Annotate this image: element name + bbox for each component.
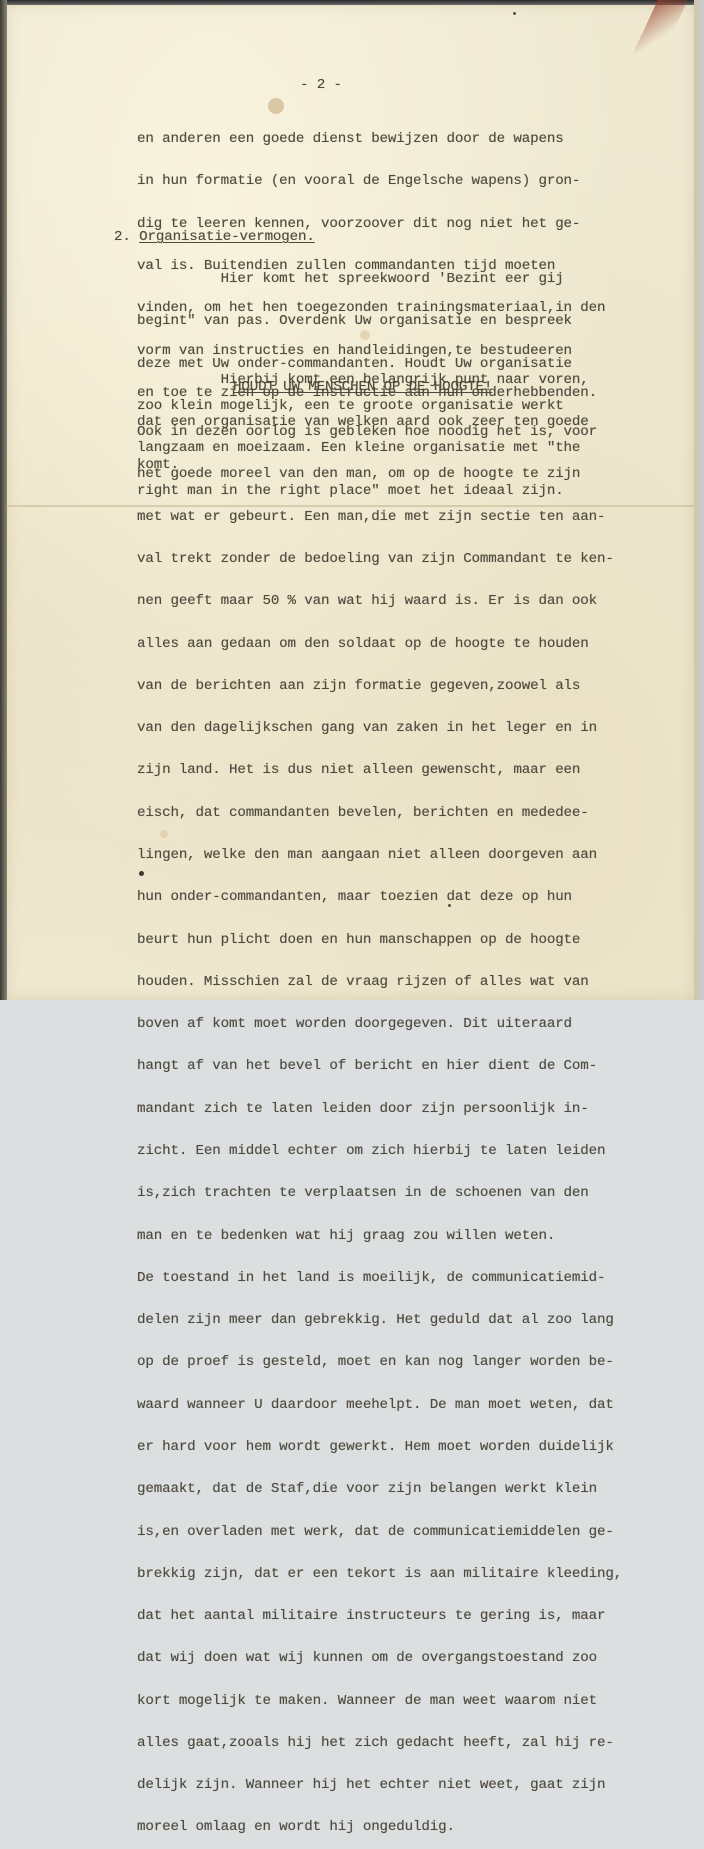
text-line: hun onder-commandanten, maar toezien dat… (137, 890, 622, 904)
text-line: eisch, dat commandanten bevelen, bericht… (137, 806, 622, 820)
main-paragraph: Ook in dezen oorlog is gebleken hoe nood… (137, 397, 622, 1000)
text-line: het goede moreel van den man, om op de h… (137, 467, 622, 481)
text-line: val trekt zonder de bedoeling van zijn C… (137, 552, 622, 566)
page-number: - 2 - (300, 78, 342, 92)
text-line: nen geeft maar 50 % van wat hij waard is… (137, 594, 622, 608)
text-line: met wat er gebeurt. Een man,die met zijn… (137, 510, 622, 524)
text-line: beurt hun plicht doen en hun manschappen… (137, 933, 622, 947)
paper-right-edge (694, 0, 704, 1000)
text-line: begint" van pas. Overdenk Uw organisatie… (137, 314, 580, 328)
text-line: houden. Misschien zal de vraag rijzen of… (137, 975, 622, 989)
section-title: Organisatie-vermogen. (139, 229, 315, 245)
ink-speck (513, 12, 516, 15)
text-line: alles aan gedaan om den soldaat op de ho… (137, 637, 622, 651)
section-number: 2. (114, 229, 131, 245)
text-line: lingen, welke den man aangaan niet allee… (137, 848, 622, 862)
section-heading: 2. Organisatie-vermogen. (114, 230, 315, 244)
scanner-top-edge (0, 0, 704, 5)
paper-left-edge (0, 0, 7, 1000)
text-line: en anderen een goede dienst bewijzen doo… (137, 132, 605, 146)
text-line: Hier komt het spreekwoord 'Bezint eer gi… (137, 272, 580, 286)
text-line: Ook in dezen oorlog is gebleken hoe nood… (137, 425, 622, 439)
text-line: van de berichten aan zijn formatie gegev… (137, 679, 622, 693)
text-line: in hun formatie (en vooral de Engelsche … (137, 174, 605, 188)
text-line: zijn land. Het is dus niet alleen gewens… (137, 763, 622, 777)
text-line: van den dagelijkschen gang van zaken in … (137, 721, 622, 735)
subheading: HOUDT UW MENSCHEN OP DE HOOGTE! (233, 380, 492, 394)
ink-dot (139, 871, 144, 876)
